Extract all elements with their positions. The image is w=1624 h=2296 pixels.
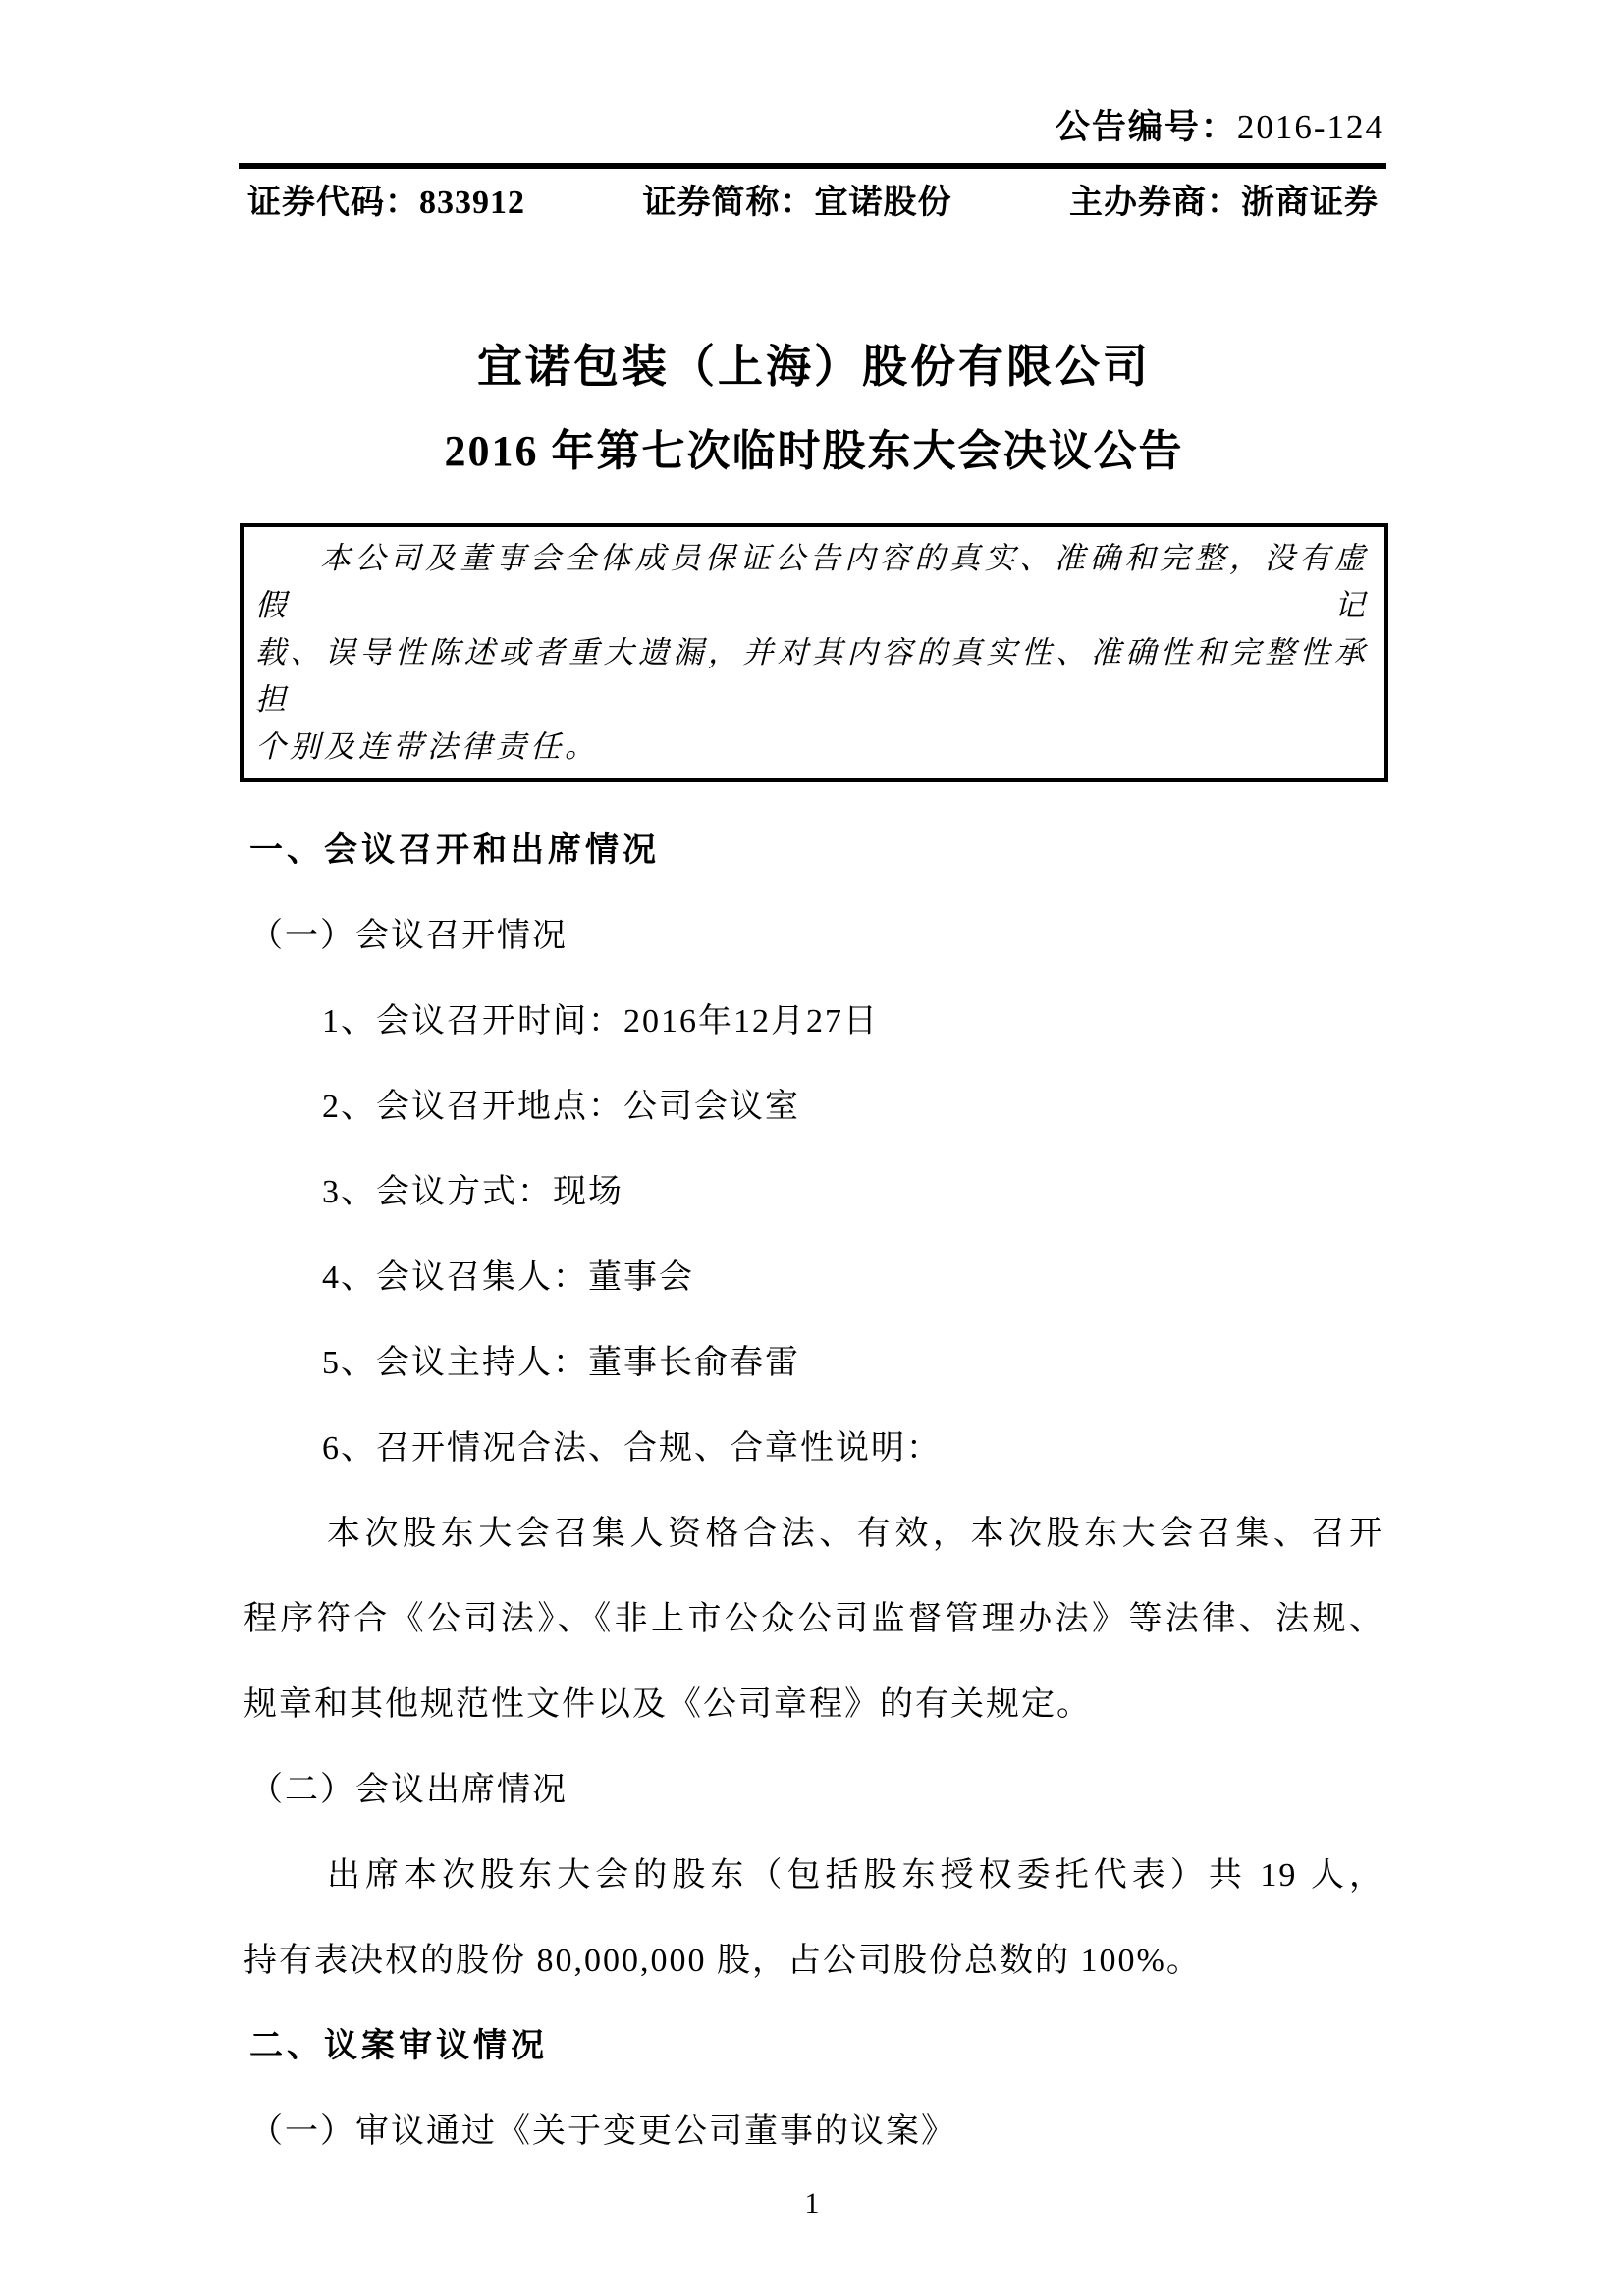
sub-heading: （一）审议通过《关于变更公司董事的议案》 <box>244 2089 1384 2174</box>
securities-short-name: 证券简称：宜诺股份 <box>643 183 952 224</box>
sponsor-broker-label: 主办券商： <box>1069 185 1241 221</box>
list-item: 2、会议召开地点：公司会议室 <box>244 1064 1384 1149</box>
securities-short-name-label: 证券简称： <box>643 185 815 221</box>
paragraph-line: 出席本次股东大会的股东（包括股东授权委托代表）共 19 人， <box>244 1833 1384 1918</box>
section-heading: 二、议案审议情况 <box>244 2003 1384 2089</box>
securities-short-name-value: 宜诺股份 <box>815 185 952 221</box>
disclaimer-line: 个别及连带法律责任。 <box>255 723 1369 771</box>
paragraph-line: 规章和其他规范性文件以及《公司章程》的有关规定。 <box>244 1662 1384 1747</box>
sponsor-broker-value: 浙商证券 <box>1241 185 1379 221</box>
disclaimer-line: 载、误导性陈述或者重大遗漏，并对其内容的真实性、准确性和完整性承担 <box>255 629 1369 723</box>
header-divider <box>239 163 1386 169</box>
notice-number: 公告编号：2016-124 <box>244 0 1384 149</box>
document-page: 公告编号：2016-124 证券代码：833912 证券简称：宜诺股份 主办券商… <box>0 0 1624 2296</box>
list-item: 5、会议主持人：董事长俞春雷 <box>244 1320 1384 1406</box>
securities-header: 证券代码：833912 证券简称：宜诺股份 主办券商：浙商证券 <box>247 183 1379 224</box>
list-item: 4、会议召集人：董事会 <box>244 1235 1384 1320</box>
announcement-title: 2016 年第七次临时股东大会决议公告 <box>244 425 1384 478</box>
notice-number-label: 公告编号： <box>1056 108 1237 146</box>
notice-number-value: 2016-124 <box>1237 108 1384 146</box>
sponsor-broker: 主办券商：浙商证券 <box>1069 183 1379 224</box>
securities-code-label: 证券代码： <box>247 185 419 221</box>
sub-heading: （二）会议出席情况 <box>244 1747 1384 1833</box>
page-number: 1 <box>0 2186 1624 2221</box>
sub-heading: （一）会议召开情况 <box>244 893 1384 979</box>
disclaimer-line: 本公司及董事会全体成员保证公告内容的真实、准确和完整，没有虚假记 <box>255 535 1369 629</box>
paragraph-line: 持有表决权的股份 80,000,000 股，占公司股份总数的 100%。 <box>244 1918 1384 2003</box>
list-item: 1、会议召开时间：2016年12月27日 <box>244 979 1384 1064</box>
securities-code-value: 833912 <box>419 185 525 221</box>
securities-code: 证券代码：833912 <box>247 183 525 224</box>
disclaimer-box: 本公司及董事会全体成员保证公告内容的真实、准确和完整，没有虚假记 载、误导性陈述… <box>240 523 1388 782</box>
paragraph-line: 本次股东大会召集人资格合法、有效，本次股东大会召集、召开 <box>244 1491 1384 1576</box>
list-item: 3、会议方式：现场 <box>244 1149 1384 1235</box>
document-body: 一、会议召开和出席情况 （一）会议召开情况 1、会议召开时间：2016年12月2… <box>244 808 1384 2174</box>
list-item: 6、召开情况合法、合规、合章性说明： <box>244 1406 1384 1491</box>
company-name-title: 宜诺包装（上海）股份有限公司 <box>244 340 1384 395</box>
paragraph-line: 程序符合《公司法》、《非上市公众公司监督管理办法》等法律、法规、 <box>244 1576 1384 1662</box>
section-heading: 一、会议召开和出席情况 <box>244 808 1384 893</box>
